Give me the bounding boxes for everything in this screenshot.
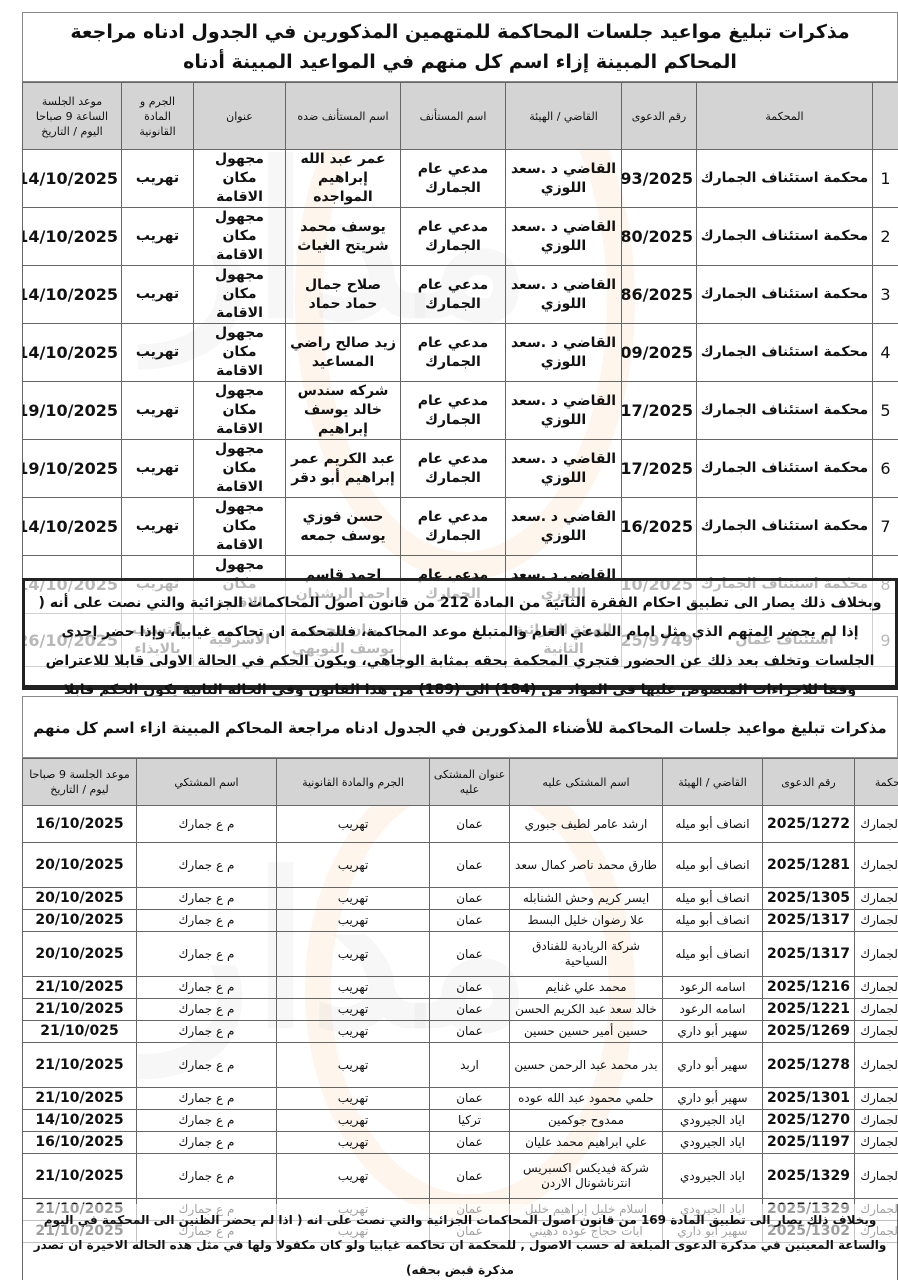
cell-defendant: خالد سعد عبد الكريم الحسن (510, 999, 663, 1021)
cell-respondent: شركه سندس خالد يوسف إبراهيم (286, 382, 401, 440)
header-court: المحكمة (697, 83, 873, 150)
cell-respondent: صلاح جمال حماد حماد (286, 266, 401, 324)
cell-date: 14/10/2025 (23, 150, 122, 208)
header-crime: الجرم والمادة القانونية (277, 759, 430, 806)
cell-address: عمان (430, 806, 510, 843)
cell-defendant: حلمي محمود عبد الله عوده (510, 1088, 663, 1110)
cell-complainant: م ع جمارك (137, 932, 277, 977)
cell-appellant: مدعي عام الجمارك (401, 324, 506, 382)
cell-court: محكمة استئناف الجمارك (697, 266, 873, 324)
table-row: 12بداية الجمارك2025/1197اياد الجيروديعلي… (23, 1132, 898, 1154)
cell-court: بداية الجمارك (855, 1021, 898, 1043)
cell-court: بداية الجمارك (855, 932, 898, 977)
cell-judge: انصاف أبو ميله (663, 843, 763, 888)
cell-address: مجهول مكان الاقامة (194, 150, 286, 208)
cell-court: محكمة استئناف الجمارك (697, 498, 873, 556)
cell-case-no: 1193/2025 (622, 150, 697, 208)
cell-court: بداية الجمارك (855, 910, 898, 932)
header-case-no: رقم الدعوى (622, 83, 697, 150)
cell-index: 5 (873, 382, 898, 440)
table-row: 7محكمة استئناف الجمارك1216/2025القاضي د … (23, 498, 898, 556)
cell-date: 19/10/2025 (23, 440, 122, 498)
cell-case-no: 2025/1305 (763, 888, 855, 910)
cell-defendant: طارق محمد ناصر كمال سعد (510, 843, 663, 888)
cell-defendant: حسين أمير حسين حسين (510, 1021, 663, 1043)
cell-date: 20/10/2025 (23, 843, 137, 888)
cell-date: 14/10/2025 (23, 1110, 137, 1132)
cell-defendant: بدر محمد عبد الرحمن حسين (510, 1043, 663, 1088)
cell-case-no: 2025/1317 (763, 932, 855, 977)
cell-respondent: عمر عبد الله إبراهيم المواجده (286, 150, 401, 208)
cell-case-no: 2025/1301 (763, 1088, 855, 1110)
cell-defendant: شركة فيديكس اكسبريس انترناشونال الاردن (510, 1154, 663, 1199)
cell-crime: تهريب (277, 1021, 430, 1043)
cell-judge: انصاف أبو ميله (663, 910, 763, 932)
cell-case-no: 2025/1329 (763, 1154, 855, 1199)
header-date: موعد الجلسة 9 صباحا ليوم / التاريخ (23, 759, 137, 806)
header-address: عنوان المشتكى عليه (430, 759, 510, 806)
cell-crime: تهريب (122, 498, 194, 556)
table-row: 4محكمة استئناف الجمارك1209/2025القاضي د … (23, 324, 898, 382)
cell-address: عمان (430, 1021, 510, 1043)
cell-date: 20/10/2025 (23, 932, 137, 977)
cell-date: 16/10/2025 (23, 1132, 137, 1154)
cell-judge: القاضي د .سعد اللوزي (506, 440, 622, 498)
cell-court: بداية الجمارك (855, 888, 898, 910)
cell-address: عمان (430, 999, 510, 1021)
cell-address: عمان (430, 910, 510, 932)
cell-crime: تهريب (277, 1043, 430, 1088)
cell-judge: انصاف أبو ميله (663, 806, 763, 843)
table-row: 8بداية الجمارك2025/1269سهير أبو داريحسين… (23, 1021, 898, 1043)
cell-case-no: 2025/1272 (763, 806, 855, 843)
cell-address: عمان (430, 843, 510, 888)
table-row: 6بداية الجمارك2025/1216اسامه الرعودمحمد … (23, 977, 898, 999)
cell-date: 21/10/2025 (23, 1154, 137, 1199)
cell-crime: تهريب (122, 150, 194, 208)
cell-court: بداية الجمارك (855, 1088, 898, 1110)
cell-date: 19/10/2025 (23, 382, 122, 440)
table-row: 2محكمة استئناف الجمارك1180/2025القاضي د … (23, 208, 898, 266)
cell-complainant: م ع جمارك (137, 1021, 277, 1043)
cell-judge: القاضي د .سعد اللوزي (506, 266, 622, 324)
cell-judge: انصاف أبو ميله (663, 888, 763, 910)
cell-defendant: ممدوح جوكمين (510, 1110, 663, 1132)
cell-address: مجهول مكان الاقامة (194, 266, 286, 324)
cell-address: تركيا (430, 1110, 510, 1132)
cell-case-no: 2025/1269 (763, 1021, 855, 1043)
cell-respondent: يوسف محمد شريتح الغياث (286, 208, 401, 266)
cell-judge: اياد الجيرودي (663, 1132, 763, 1154)
cell-index: 1 (873, 150, 898, 208)
table-row: 5بداية الجمارك2025/1317انصاف أبو ميلهشرك… (23, 932, 898, 977)
cell-judge: القاضي د .سعد اللوزي (506, 324, 622, 382)
cell-crime: تهريب (277, 999, 430, 1021)
cell-crime: تهريب (277, 843, 430, 888)
table-row: 5محكمة استئناف الجمارك1217/2025القاضي د … (23, 382, 898, 440)
cell-index: 2 (873, 208, 898, 266)
header-respondent: اسم المستأنف ضده (286, 83, 401, 150)
cell-case-no: 1209/2025 (622, 324, 697, 382)
cell-court: محكمة استئناف الجمارك (697, 208, 873, 266)
cell-defendant: ايسر كريم وحش الشنابله (510, 888, 663, 910)
cell-judge: انصاف أبو ميله (663, 932, 763, 977)
table-row: 1محكمة استئناف الجمارك1193/2025القاضي د … (23, 150, 898, 208)
header-judge: القاضي / الهيئة (663, 759, 763, 806)
cell-court: بداية الجمارك (855, 1043, 898, 1088)
cell-case-no: 2025/1221 (763, 999, 855, 1021)
cell-address: عمان (430, 888, 510, 910)
cell-judge: اسامه الرعود (663, 977, 763, 999)
cell-date: 20/10/2025 (23, 910, 137, 932)
header-case-no: رقم الدعوى (763, 759, 855, 806)
cell-appellant: مدعي عام الجمارك (401, 266, 506, 324)
cell-appellant: مدعي عام الجمارك (401, 382, 506, 440)
cell-court: محكمة استئناف الجمارك (697, 150, 873, 208)
cell-address: عمان (430, 1132, 510, 1154)
table-row: 6محكمة استئناف الجمارك1217/2025القاضي د … (23, 440, 898, 498)
cell-defendant: شركة الريادية للفنادق السياحية (510, 932, 663, 977)
first-instance-table-header: الرقم المحكمة رقم الدعوى القاضي / الهيئة… (23, 759, 898, 806)
cell-case-no: 2025/1317 (763, 910, 855, 932)
cell-complainant: م ع جمارك (137, 843, 277, 888)
cell-court: بداية الجمارك (855, 843, 898, 888)
cell-defendant: محمد علي غنايم (510, 977, 663, 999)
header-defendant: اسم المشتكى عليه (510, 759, 663, 806)
table-row: 13بداية الجمارك2025/1329اياد الجيروديشرك… (23, 1154, 898, 1199)
header-address: عنوان (194, 83, 286, 150)
cell-court: بداية الجمارك (855, 1110, 898, 1132)
cell-crime: تهريب (277, 888, 430, 910)
cell-case-no: 1217/2025 (622, 382, 697, 440)
cell-court: بداية الجمارك (855, 977, 898, 999)
cell-court: محكمة استئناف الجمارك (697, 382, 873, 440)
cell-address: اربد (430, 1043, 510, 1088)
header-judge: القاضي / الهيئة (506, 83, 622, 150)
table-row: 7بداية الجمارك2025/1221اسامه الرعودخالد … (23, 999, 898, 1021)
cell-index: 6 (873, 440, 898, 498)
cell-crime: تهريب (277, 977, 430, 999)
cell-date: 14/10/2025 (23, 324, 122, 382)
cell-court: محكمة استئناف الجمارك (697, 440, 873, 498)
cell-defendant: علي ابراهيم محمد عليان (510, 1132, 663, 1154)
cell-date: 21/10/2025 (23, 1088, 137, 1110)
header-index (873, 83, 898, 150)
table-row: 2بداية الجمارك2025/1281انصاف أبو ميلهطار… (23, 843, 898, 888)
cell-date: 21/10/2025 (23, 1043, 137, 1088)
header-court: المحكمة (855, 759, 898, 806)
cell-respondent: عبد الكريم عمر إبراهيم أبو دقر (286, 440, 401, 498)
table-row: 11بداية الجمارك2025/1270اياد الجيروديممد… (23, 1110, 898, 1132)
cell-judge: القاضي د .سعد اللوزي (506, 498, 622, 556)
cell-address: عمان (430, 1088, 510, 1110)
section2-title: مذكرات تبليغ مواعيد جلسات المحاكمة للأضن… (22, 696, 898, 758)
cell-date: 16/10/2025 (23, 806, 137, 843)
cell-address: مجهول مكان الاقامة (194, 382, 286, 440)
cell-case-no: 2025/1278 (763, 1043, 855, 1088)
header-appellant: اسم المستأنف (401, 83, 506, 150)
cell-date: 14/10/2025 (23, 498, 122, 556)
cell-crime: تهريب (122, 266, 194, 324)
cell-complainant: م ع جمارك (137, 1132, 277, 1154)
cell-crime: تهريب (277, 910, 430, 932)
cell-crime: تهريب (277, 1110, 430, 1132)
cell-case-no: 1180/2025 (622, 208, 697, 266)
header-complainant: اسم المشتكي (137, 759, 277, 806)
cell-index: 4 (873, 324, 898, 382)
cell-case-no: 2025/1270 (763, 1110, 855, 1132)
cell-address: مجهول مكان الاقامة (194, 440, 286, 498)
cell-address: مجهول مكان الاقامة (194, 324, 286, 382)
cell-complainant: م ع جمارك (137, 910, 277, 932)
cell-crime: تهريب (122, 324, 194, 382)
cell-complainant: م ع جمارك (137, 999, 277, 1021)
cell-address: مجهول مكان الاقامة (194, 208, 286, 266)
section1-title: مذكرات تبليغ مواعيد جلسات المحاكمة للمته… (22, 12, 898, 82)
header-crime: الجرم و المادة القانونية (122, 83, 194, 150)
header-date: موعد الجلسة الساعة 9 صباحا اليوم / التار… (23, 83, 122, 150)
cell-court: بداية الجمارك (855, 806, 898, 843)
cell-case-no: 1186/2025 (622, 266, 697, 324)
cell-court: بداية الجمارك (855, 1154, 898, 1199)
section1-legal-note: وبخلاف ذلك يصار الى تطبيق احكام الفقرة ا… (22, 578, 898, 690)
cell-crime: تهريب (277, 806, 430, 843)
table-row: 1بداية الجمارك2025/1272انصاف أبو ميلهارش… (23, 806, 898, 843)
cell-address: مجهول مكان الاقامة (194, 498, 286, 556)
cell-index: 3 (873, 266, 898, 324)
cell-complainant: م ع جمارك (137, 1088, 277, 1110)
cell-date: 14/10/2025 (23, 266, 122, 324)
cell-appellant: مدعي عام الجمارك (401, 150, 506, 208)
cell-date: 14/10/2025 (23, 208, 122, 266)
table-row: 3محكمة استئناف الجمارك1186/2025القاضي د … (23, 266, 898, 324)
section2-legal-note: وبخلاف ذلك يصار الى تطبيق المادة 169 من … (22, 1204, 898, 1280)
cell-court: بداية الجمارك (855, 1132, 898, 1154)
table-row: 4بداية الجمارك2025/1317انصاف أبو ميلهعلا… (23, 910, 898, 932)
cell-case-no: 2025/1281 (763, 843, 855, 888)
cell-crime: تهريب (122, 382, 194, 440)
cell-court: بداية الجمارك (855, 999, 898, 1021)
cell-respondent: زيد صالح راضي المساعيد (286, 324, 401, 382)
first-instance-table: الرقم المحكمة رقم الدعوى القاضي / الهيئة… (22, 758, 898, 1243)
cell-crime: تهريب (122, 440, 194, 498)
cell-date: 20/10/2025 (23, 888, 137, 910)
cell-index: 7 (873, 498, 898, 556)
cell-date: 21/10/025 (23, 1021, 137, 1043)
cell-judge: اسامه الرعود (663, 999, 763, 1021)
cell-crime: تهريب (277, 932, 430, 977)
table-row: 9بداية الجمارك2025/1278سهير أبو داريبدر … (23, 1043, 898, 1088)
cell-date: 21/10/2025 (23, 977, 137, 999)
cell-judge: القاضي د .سعد اللوزي (506, 208, 622, 266)
cell-complainant: م ع جمارك (137, 1043, 277, 1088)
cell-crime: تهريب (277, 1088, 430, 1110)
cell-complainant: م ع جمارك (137, 977, 277, 999)
cell-case-no: 1216/2025 (622, 498, 697, 556)
cell-judge: اياد الجيرودي (663, 1110, 763, 1132)
cell-address: عمان (430, 932, 510, 977)
cell-defendant: ارشد عامر لطيف جبوري (510, 806, 663, 843)
cell-complainant: م ع جمارك (137, 888, 277, 910)
appeals-table-header: المحكمة رقم الدعوى القاضي / الهيئة اسم ا… (23, 83, 898, 150)
cell-date: 21/10/2025 (23, 999, 137, 1021)
cell-judge: سهير أبو داري (663, 1021, 763, 1043)
cell-crime: تهريب (122, 208, 194, 266)
cell-judge: سهير أبو داري (663, 1043, 763, 1088)
cell-appellant: مدعي عام الجمارك (401, 208, 506, 266)
cell-complainant: م ع جمارك (137, 1110, 277, 1132)
cell-respondent: حسن فوزي يوسف جمعه (286, 498, 401, 556)
cell-judge: القاضي د .سعد اللوزي (506, 382, 622, 440)
table-row: 3بداية الجمارك2025/1305انصاف أبو ميلهايس… (23, 888, 898, 910)
table-row: 10بداية الجمارك2025/1301سهير أبو داريحلم… (23, 1088, 898, 1110)
cell-crime: تهريب (277, 1132, 430, 1154)
cell-judge: اياد الجيرودي (663, 1154, 763, 1199)
cell-crime: تهريب (277, 1154, 430, 1199)
cell-appellant: مدعي عام الجمارك (401, 440, 506, 498)
cell-case-no: 2025/1216 (763, 977, 855, 999)
cell-appellant: مدعي عام الجمارك (401, 498, 506, 556)
cell-case-no: 1217/2025 (622, 440, 697, 498)
cell-complainant: م ع جمارك (137, 806, 277, 843)
cell-address: عمان (430, 977, 510, 999)
cell-defendant: علا رضوان خليل البسط (510, 910, 663, 932)
cell-complainant: م ع جمارك (137, 1154, 277, 1199)
cell-address: عمان (430, 1154, 510, 1199)
cell-case-no: 2025/1197 (763, 1132, 855, 1154)
cell-court: محكمة استئناف الجمارك (697, 324, 873, 382)
cell-judge: سهير أبو داري (663, 1088, 763, 1110)
cell-judge: القاضي د .سعد اللوزي (506, 150, 622, 208)
document-page: مدار مدار مذكرات تبليغ مواعيد جلسات المح… (0, 0, 898, 1280)
